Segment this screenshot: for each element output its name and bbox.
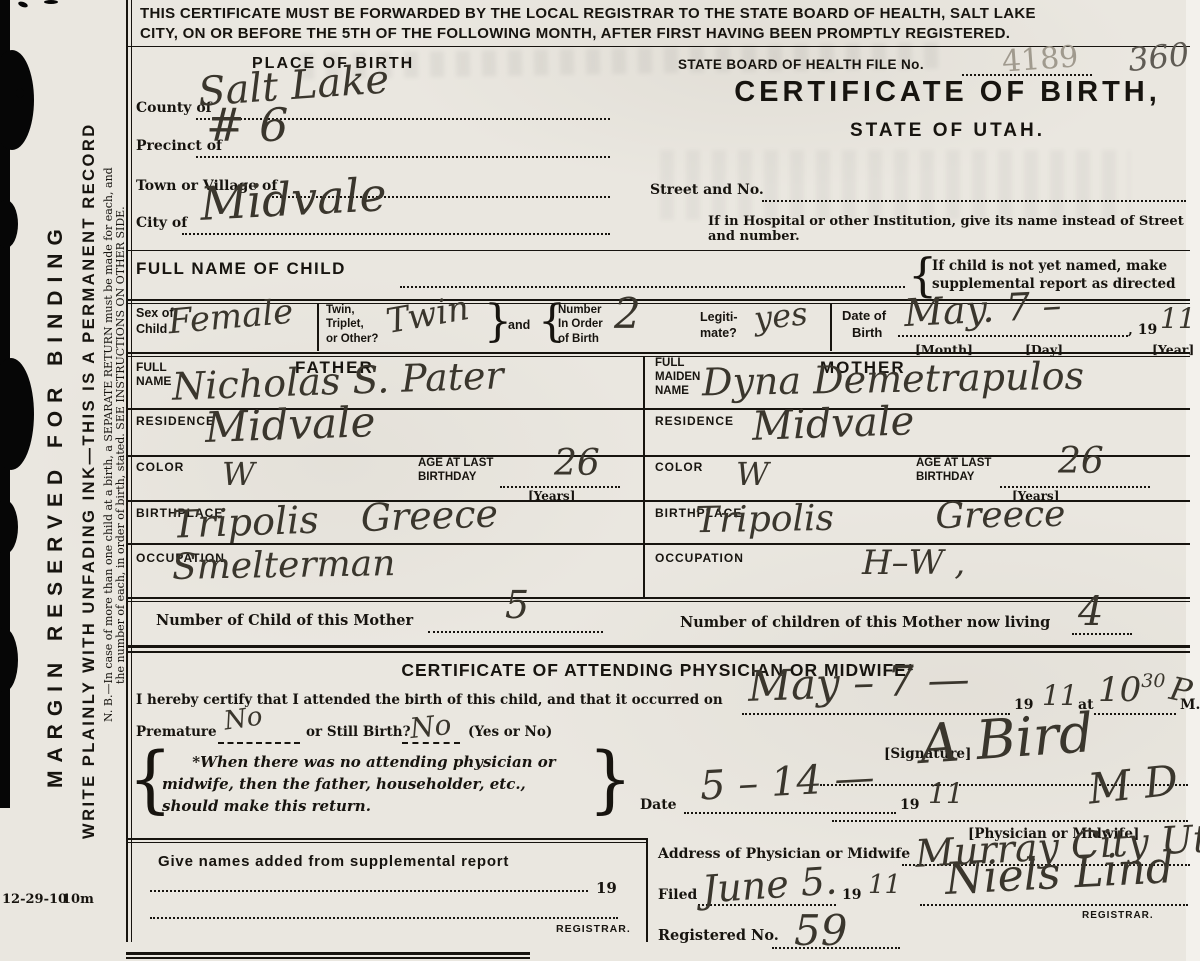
mother-age-line bbox=[1000, 486, 1150, 488]
torn-speck bbox=[16, 88, 24, 98]
stillbirth-line bbox=[402, 742, 460, 744]
supplemental-line2 bbox=[150, 917, 618, 919]
precinct-line bbox=[196, 156, 610, 158]
birth-certificate-scan: MARGIN RESERVED FOR BINDING WRITE PLAINL… bbox=[0, 0, 1200, 961]
supplemental-year: 19 bbox=[596, 879, 617, 897]
father-age-label-1: AGE AT LAST bbox=[418, 457, 493, 471]
year-bracket: [Year] bbox=[1152, 342, 1194, 357]
mother-name-label-2: MAIDEN bbox=[655, 371, 700, 385]
father-birthplace-value: Tripolis Greece bbox=[171, 494, 498, 543]
child-name-line bbox=[400, 286, 905, 288]
twin-label-1: Twin, bbox=[326, 303, 378, 317]
note-line1: If child is not yet named, make bbox=[932, 257, 1194, 275]
dob-year-prefix: , 19 bbox=[1128, 322, 1157, 338]
order-label-3: of Birth bbox=[558, 332, 603, 346]
mother-residence-value: Midvale bbox=[751, 401, 915, 447]
column-divider bbox=[830, 304, 832, 351]
time-hour: 10 bbox=[1098, 670, 1141, 710]
dob-label-1: Date of bbox=[842, 308, 886, 325]
father-fullname-label: FULL NAME bbox=[136, 360, 171, 389]
dob-label: Date of Birth bbox=[842, 308, 886, 342]
file-no-stamp: 4189 bbox=[1001, 39, 1080, 79]
city-label: City of bbox=[136, 215, 187, 231]
bottom-heavy-rule bbox=[126, 952, 530, 955]
file-no-label: STATE BOARD OF HEALTH FILE No. bbox=[678, 57, 924, 72]
mother-name-label-3: NAME bbox=[655, 385, 700, 399]
precinct-value: # 6 bbox=[206, 102, 288, 148]
mother-name-label-1: FULL bbox=[655, 357, 700, 371]
mother-occupation-label: OCCUPATION bbox=[655, 551, 744, 565]
supplemental-box-right bbox=[646, 838, 648, 942]
filed-value: June 5. bbox=[701, 861, 838, 908]
father-color-value: W bbox=[222, 458, 255, 490]
date-line bbox=[684, 812, 896, 814]
forwarding-banner: THIS CERTIFICATE MUST BE FORWARDED BY TH… bbox=[140, 4, 1190, 45]
twin-label: Twin, Triplet, or Other? bbox=[326, 303, 378, 346]
father-age-label-2: BIRTHDAY bbox=[418, 471, 493, 485]
margin-binding-text: MARGIN RESERVED FOR BINDING bbox=[44, 110, 80, 900]
corner-number: 360 bbox=[1126, 35, 1191, 79]
legit-label-2: mate? bbox=[700, 326, 738, 342]
premature-value: No bbox=[222, 703, 264, 734]
form-quantity: 10m bbox=[62, 892, 94, 907]
twin-label-3: or Other? bbox=[326, 332, 378, 346]
child-name-label: FULL NAME OF CHILD bbox=[136, 259, 346, 279]
street-label: Street and No. bbox=[650, 182, 764, 198]
hospital-note: If in Hospital or other Institution, giv… bbox=[708, 214, 1198, 244]
address-label: Address of Physician or Midwife bbox=[658, 846, 910, 862]
date-year-prefix: 19 bbox=[900, 797, 919, 813]
date-value: 5 – 14 — bbox=[699, 757, 875, 806]
and-label: and bbox=[508, 318, 530, 332]
order-value: 2 bbox=[614, 293, 641, 335]
physician-footnote: *When there was no attending physician o… bbox=[162, 752, 586, 817]
sex-value: Female bbox=[167, 295, 295, 340]
torn-hole bbox=[0, 50, 34, 150]
order-label-1: Number bbox=[558, 303, 603, 317]
bottom-heavy-rule-inner bbox=[126, 957, 530, 959]
time-value: 1030 P bbox=[1098, 672, 1191, 707]
supplemental-line1 bbox=[150, 890, 588, 892]
physician-signature: A Bird bbox=[918, 706, 1095, 772]
date-label: Date bbox=[640, 797, 677, 813]
registrar-signature: Niels Lind bbox=[944, 846, 1175, 902]
supplemental-box-top-inner bbox=[126, 842, 646, 843]
column-divider bbox=[317, 304, 319, 351]
meridiem-label: M. bbox=[1180, 697, 1200, 713]
mother-color-label: COLOR bbox=[655, 460, 703, 474]
registered-no-label: Registered No. bbox=[658, 927, 779, 944]
mother-age-label: AGE AT LAST BIRTHDAY bbox=[916, 457, 991, 485]
father-name-label-2: NAME bbox=[136, 374, 171, 388]
occurred-date-value: May – 7 — bbox=[747, 658, 970, 708]
mother-age-label-1: AGE AT LAST bbox=[916, 457, 991, 471]
time-line bbox=[1094, 713, 1176, 715]
number-of-child-label: Number of Child of this Mother bbox=[156, 612, 413, 629]
physician-signature-md: M D bbox=[1086, 759, 1180, 810]
city-value: Midvale bbox=[199, 171, 388, 227]
dob-year-value: 11 bbox=[1160, 305, 1196, 333]
legitimate-value: yes bbox=[752, 297, 808, 334]
torn-hole bbox=[0, 200, 18, 248]
row-line bbox=[645, 408, 1190, 410]
date-year-value: 11 bbox=[928, 780, 964, 808]
father-age-label: AGE AT LAST BIRTHDAY bbox=[418, 457, 493, 485]
mother-age-value: 26 bbox=[1058, 444, 1104, 480]
number-of-child-value: 5 bbox=[505, 586, 529, 624]
filed-label: Filed bbox=[658, 887, 697, 903]
mother-occupation-value: H–W , bbox=[862, 546, 965, 580]
dob-label-2: Birth bbox=[852, 325, 886, 342]
dob-line bbox=[898, 335, 1128, 337]
state-subtitle: STATE OF UTAH. bbox=[700, 120, 1195, 142]
parent-column-divider bbox=[643, 357, 645, 597]
supplemental-box-top bbox=[126, 838, 646, 840]
children-living-label: Number of children of this Mother now li… bbox=[680, 614, 1050, 631]
legit-label-1: Legiti- bbox=[700, 310, 738, 326]
rule bbox=[126, 601, 1190, 602]
torn-hole bbox=[0, 358, 34, 470]
yes-or-no-label: (Yes or No) bbox=[468, 724, 552, 740]
physician-section-title: CERTIFICATE OF ATTENDING PHYSICIAN OR MI… bbox=[126, 660, 1190, 681]
father-residence-label: RESIDENCE bbox=[136, 414, 215, 428]
mother-birthplace-value: Tripolis Greece bbox=[695, 497, 1066, 539]
registrar-label-right: REGISTRAR. bbox=[1082, 910, 1154, 921]
heavy-rule bbox=[126, 645, 1190, 648]
father-age-value: 26 bbox=[554, 446, 600, 482]
city-line bbox=[182, 233, 610, 235]
father-occupation-value: Smelterman bbox=[172, 546, 396, 586]
legitimate-label: Legiti- mate? bbox=[700, 310, 738, 341]
dob-value: May. 7 – bbox=[903, 286, 1062, 332]
form-code: 12-29-10 bbox=[2, 892, 67, 907]
footnote-brace-close: } bbox=[588, 742, 633, 816]
supplemental-label: Give names added from supplemental repor… bbox=[158, 853, 509, 870]
filed-year-value: 11 bbox=[868, 872, 901, 898]
mother-color-value: W bbox=[736, 458, 769, 490]
registered-no-value: 59 bbox=[794, 910, 847, 952]
mother-age-label-2: BIRTHDAY bbox=[916, 471, 991, 485]
footnote-line2: midwife, then the father, householder, e… bbox=[162, 774, 586, 796]
child-section-topline bbox=[126, 250, 1190, 251]
premature-line bbox=[218, 742, 300, 744]
order-label: Number In Order of Birth bbox=[558, 303, 603, 346]
registrar-signature-line bbox=[920, 904, 1188, 906]
children-living-value: 4 bbox=[1078, 592, 1103, 632]
rule bbox=[126, 597, 1190, 599]
twin-label-2: Triplet, bbox=[326, 317, 378, 331]
registrar-label-left: REGISTRAR. bbox=[556, 923, 631, 935]
stillbirth-value: No bbox=[409, 711, 453, 743]
footnote-line3: should make this return. bbox=[162, 796, 586, 818]
stillbirth-label: or Still Birth? bbox=[306, 724, 411, 740]
time-minutes: 30 bbox=[1141, 670, 1165, 692]
banner-line1: THIS CERTIFICATE MUST BE FORWARDED BY TH… bbox=[140, 4, 1190, 24]
torn-speck bbox=[17, 0, 28, 8]
father-age-line bbox=[500, 486, 620, 488]
certificate-title: CERTIFICATE OF BIRTH, bbox=[700, 76, 1195, 109]
filed-year-prefix: 19 bbox=[842, 887, 861, 903]
street-line bbox=[762, 200, 1186, 202]
order-label-2: In Order bbox=[558, 317, 603, 331]
father-name-label-1: FULL bbox=[136, 360, 171, 374]
mother-name-value: Dyna Demetrapulos bbox=[702, 357, 1085, 402]
father-residence-value: Midvale bbox=[204, 401, 376, 449]
footnote-line1: *When there was no attending physician o… bbox=[162, 752, 586, 774]
heavy-rule bbox=[126, 651, 1190, 653]
mother-fullname-label: FULL MAIDEN NAME bbox=[655, 357, 700, 398]
mother-residence-label: RESIDENCE bbox=[655, 414, 734, 428]
torn-speck bbox=[44, 0, 58, 4]
number-of-child-line bbox=[428, 631, 603, 633]
torn-hole bbox=[0, 500, 18, 554]
father-color-label: COLOR bbox=[136, 460, 184, 474]
torn-hole bbox=[0, 628, 18, 692]
